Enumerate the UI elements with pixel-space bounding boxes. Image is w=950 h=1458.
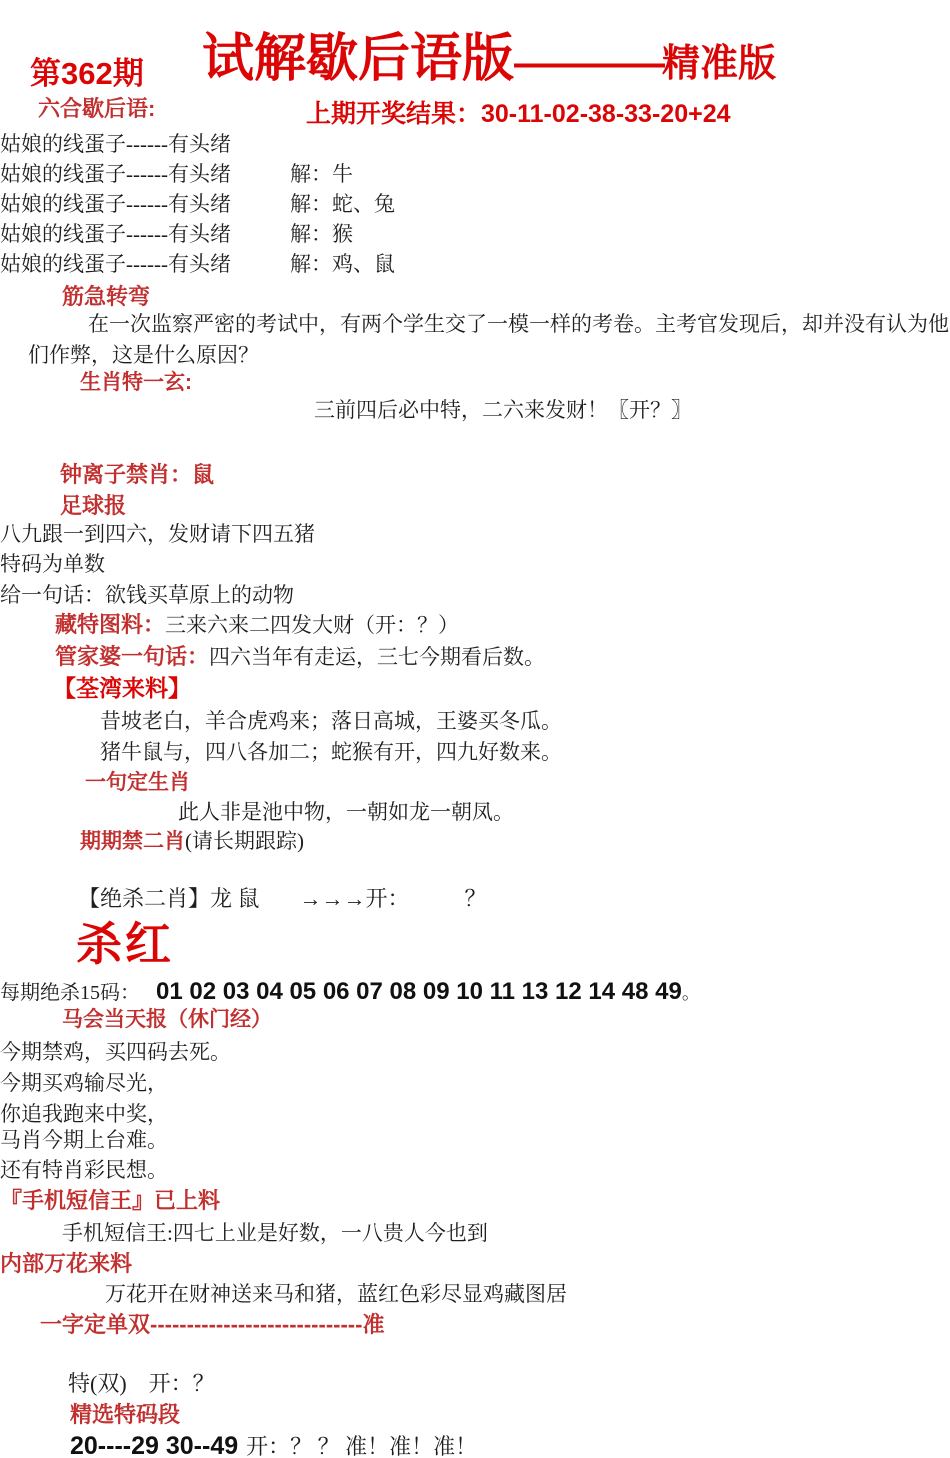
juesha-result: ？ xyxy=(465,886,487,911)
quanwan-line1: 昔坡老白，羊合虎鸡来；落日高城，王婆买冬瓜。 xyxy=(100,709,562,733)
cangte-line: 藏特图料：三来六来二四发大财（开：？） xyxy=(55,612,459,637)
shahong-numbers: 01 02 03 04 05 06 07 08 09 10 11 13 12 1… xyxy=(156,978,682,1005)
temaduan-range: 20----29 30--49 xyxy=(70,1432,238,1458)
danshuang-result: 特(双) 开：？ xyxy=(68,1371,215,1396)
shengxiao-heading: 生肖特一玄: xyxy=(80,371,192,395)
wanhua-heading: 内部万花来料 xyxy=(0,1251,132,1276)
danshuang-heading: 一字定单双-----------------------------准 xyxy=(40,1312,384,1337)
mahui-line: 今期禁鸡，买四码去死。 xyxy=(0,1040,231,1064)
shahong-line: 每期绝杀15码： 01 02 03 04 05 06 07 08 09 10 1… xyxy=(0,978,700,1006)
riddle-row: 姑娘的线蛋子------有头绪 解：猴 xyxy=(0,222,600,246)
mahui-line: 还有特肖彩民想。 xyxy=(0,1158,168,1182)
riddle-answer: 解：猴 xyxy=(290,222,353,246)
mahui-heading: 马会当天报（休门经） xyxy=(62,1008,272,1032)
riddle-text: 姑娘的线蛋子------有头绪 xyxy=(0,192,231,216)
quanwan-line2: 猪牛鼠与，四八各加二；蛇猴有开，四九好数来。 xyxy=(100,740,562,764)
jinxiao-heading: 期期禁二肖 xyxy=(80,830,185,853)
football-line1: 八九跟一到四六，发财请下四五猪 xyxy=(0,522,315,546)
zhongli-heading: 钟离子禁肖：鼠 xyxy=(60,462,214,487)
riddle-text: 姑娘的线蛋子------有头绪 xyxy=(0,162,231,186)
jinxiao-line: 期期禁二肖(请长期跟踪) xyxy=(80,829,304,854)
temaduan-line: 20----29 30--49开：？ ？ 准！准！准！ xyxy=(70,1432,477,1458)
riddle-text: 姑娘的线蛋子------有头绪 xyxy=(0,252,231,276)
mahui-line: 你追我跑来中奖， xyxy=(0,1102,168,1126)
brain-teaser-heading: 筋急转弯 xyxy=(62,284,150,309)
sms-line: 手机短信王:四七上业是好数，一八贵人今也到 xyxy=(62,1221,488,1245)
riddle-row: 姑娘的线蛋子------有头绪 解：牛 xyxy=(0,162,600,186)
page-title-main: 试解歇后语版 xyxy=(202,30,514,88)
riddle-answer: 解：牛 xyxy=(290,162,353,186)
riddle-answer: 解：蛇、兔 xyxy=(290,192,395,216)
guanjiapo-line: 管家婆一句话：四六当年有走运，三七今期看后数。 xyxy=(55,644,545,669)
guanjiapo-text: 四六当年有走运，三七今期看后数。 xyxy=(209,645,545,669)
shahong-label: 每期绝杀15码： xyxy=(0,982,140,1004)
juesha-line: 【绝杀二肖】龙 鼠→→→开：？ xyxy=(78,886,487,911)
page-title: 试解歇后语版————精准版 xyxy=(202,30,776,90)
xiehouyu-heading: 六合歇后语: xyxy=(38,96,155,121)
page-title-suffix: 精准版 xyxy=(662,43,776,85)
football-heading: 足球报 xyxy=(60,493,126,518)
yiju-heading: 一句定生肖 xyxy=(85,771,190,795)
sms-heading: 『手机短信王』已上料 xyxy=(0,1188,220,1213)
last-draw-result: 上期开奖结果：30-11-02-38-33-20+24 xyxy=(306,100,731,129)
riddle-text: 姑娘的线蛋子------有头绪 xyxy=(0,132,231,156)
quanwan-heading: 【荃湾来料】 xyxy=(53,675,191,701)
riddle-row: 姑娘的线蛋子------有头绪 解：鸡、鼠 xyxy=(0,252,600,276)
page-title-dash: ———— xyxy=(514,41,662,85)
shahong-title: 杀红 xyxy=(76,918,174,971)
riddle-row: 姑娘的线蛋子------有头绪 解：蛇、兔 xyxy=(0,192,600,216)
juesha-arrows: →→→开： xyxy=(300,886,410,911)
wanhua-line: 万花开在财神送来马和猪，蓝红色彩尽显鸡藏图居 xyxy=(105,1282,567,1306)
jinxiao-note: (请长期跟踪) xyxy=(185,829,304,853)
issue-number: 第362期 xyxy=(30,56,144,92)
mahui-line: 今期买鸡输尽光， xyxy=(0,1071,168,1095)
cangte-text: 三来六来二四发大财（开：？） xyxy=(165,613,459,637)
riddle-text: 姑娘的线蛋子------有头绪 xyxy=(0,222,231,246)
shengxiao-line: 三前四后必中特，二六来发财！〖开？〗 xyxy=(314,398,692,422)
riddle-row: 姑娘的线蛋子------有头绪 xyxy=(0,132,600,156)
juesha-label: 【绝杀二肖】龙 鼠 xyxy=(78,886,260,911)
brain-teaser-line1: 在一次监察严密的考试中，有两个学生交了一模一样的考卷。主考官发现后，却并没有认为… xyxy=(88,312,949,336)
yiju-line: 此人非是池中物，一朝如龙一朝凤。 xyxy=(178,800,514,824)
riddle-answer: 解：鸡、鼠 xyxy=(290,252,395,276)
football-line3: 给一句话：欲钱买草原上的动物 xyxy=(0,583,294,607)
temaduan-result: 开：？ ？ 准！准！准！ xyxy=(246,1434,477,1458)
football-line2: 特码为单数 xyxy=(0,552,105,576)
temaduan-heading: 精选特码段 xyxy=(70,1402,180,1427)
shahong-period: 。 xyxy=(682,983,700,1003)
lottery-tip-sheet-page: 第362期 试解歇后语版————精准版 六合歇后语: 上期开奖结果：30-11-… xyxy=(0,0,950,1458)
cangte-label: 藏特图料： xyxy=(55,612,165,637)
guanjiapo-label: 管家婆一句话： xyxy=(55,644,209,669)
mahui-line: 马肖今期上台难。 xyxy=(0,1128,168,1152)
brain-teaser-line2: 们作弊，这是什么原因？ xyxy=(28,343,259,367)
